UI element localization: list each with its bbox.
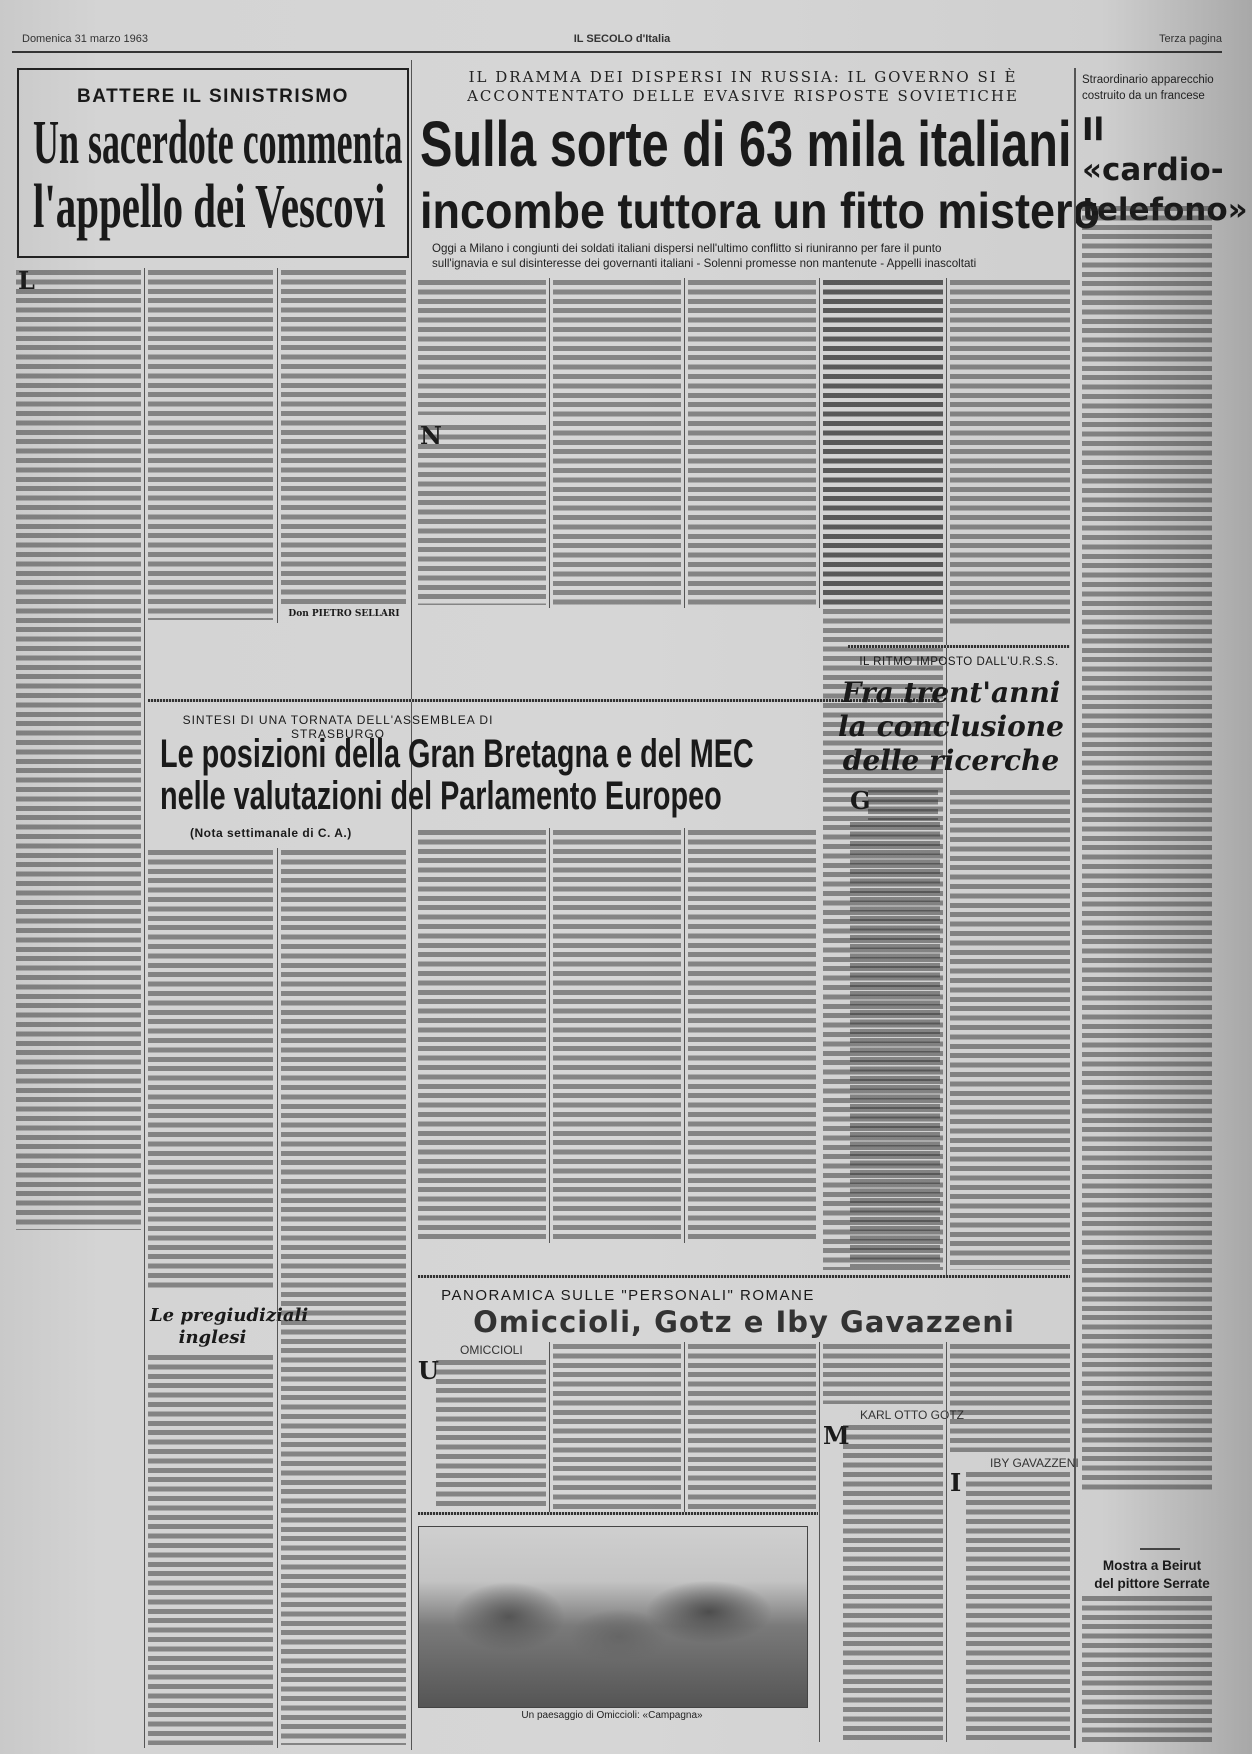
strasburgo-headline-1: Le posizioni della Gran Bretagna e del M… [160, 733, 754, 775]
urss-headline: Fra trent'anni la conclusione delle rice… [826, 676, 1076, 778]
strasburgo-column-1b [148, 1355, 273, 1745]
left-article-column-2 [148, 270, 273, 620]
beirut-headline-1: Mostra a Beirut [1082, 1557, 1222, 1575]
main-article-column-5 [950, 280, 1070, 625]
column-separator [819, 278, 820, 608]
left-article-headline-2: l'appello dei Vescovi [33, 174, 385, 240]
main-article-summary-1: Oggi a Milano i congiunti dei soldati it… [432, 241, 1072, 256]
column-separator [411, 60, 412, 1750]
column-separator [684, 828, 685, 1243]
column-separator [684, 1342, 685, 1512]
arte-column-2 [553, 1344, 681, 1512]
strasburgo-column-5 [688, 830, 816, 1240]
column-separator [277, 848, 278, 1748]
left-article-column-3 [281, 270, 406, 605]
right-article-kicker: Straordinario apparecchio costruito da u… [1082, 72, 1222, 104]
masthead-date: Domenica 31 marzo 1963 [22, 33, 148, 45]
arte-column-1 [436, 1360, 546, 1510]
beirut-headline: Mostra a Beirut del pittore Serrate [1082, 1557, 1222, 1593]
main-article-summary-2: sull'ignavia e sul disinteresse dei gove… [432, 256, 1072, 271]
right-article-text [1082, 206, 1212, 1491]
masthead-page: Terza pagina [1159, 33, 1222, 45]
column-separator [1074, 68, 1076, 1748]
main-article-kicker-1: IL DRAMMA DEI DISPERSI IN RUSSIA: IL GOV… [418, 68, 1068, 87]
strasburgo-subhead-2: inglesi [150, 1327, 275, 1349]
main-article-headline-2: incombe tuttora un fitto mistero [420, 184, 1100, 238]
arte-dropcap-3: I [950, 1472, 961, 1494]
masthead: Domenica 31 marzo 1963 IL SECOLO d'Itali… [22, 33, 1222, 47]
arte-section-gavazzeni: IBY GAVAZZENI [990, 1456, 1079, 1470]
column-separator [144, 268, 145, 1748]
arte-column-5a [950, 1344, 1070, 1452]
column-separator [946, 1342, 947, 1742]
right-article-kicker-2: costruito da un francese [1082, 88, 1222, 104]
urss-headline-3: delle ricerche [826, 744, 1076, 778]
column-separator [549, 1342, 550, 1512]
urss-headline-1: Fra trent'anni [826, 676, 1076, 710]
left-article-kicker: BATTERE IL SINISTRISMO [19, 86, 407, 108]
main-article-column-1a [418, 280, 546, 415]
masthead-title: IL SECOLO d'Italia [574, 33, 671, 45]
left-article-column-1 [16, 270, 141, 1230]
main-article-column-3 [688, 280, 816, 605]
strasburgo-subhead-1: Le pregiudiziali [150, 1305, 275, 1327]
strasburgo-column-2 [281, 850, 406, 1745]
main-article-headline-1: Sulla sorte di 63 mila italiani [420, 112, 1071, 176]
strasburgo-column-3 [418, 830, 546, 1240]
strasburgo-byline: (Nota settimanale di C. A.) [190, 826, 352, 840]
beirut-text [1082, 1596, 1212, 1746]
column-separator [277, 268, 278, 623]
arte-section-omiccioli: OMICCIOLI [460, 1343, 523, 1357]
masthead-rule [12, 51, 1222, 53]
main-article-kicker-2: ACCONTENTATO DELLE EVASIVE RISPOSTE SOVI… [418, 87, 1068, 106]
arte-column-4b [843, 1425, 943, 1740]
urss-column-1 [850, 822, 940, 1267]
column-separator [549, 278, 550, 608]
main-article-column-1b [418, 425, 546, 605]
main-article-kicker: IL DRAMMA DEI DISPERSI IN RUSSIA: IL GOV… [418, 68, 1068, 106]
newspaper-page: Domenica 31 marzo 1963 IL SECOLO d'Itali… [0, 0, 1252, 1754]
column-separator [819, 1342, 820, 1742]
section-divider [1140, 1548, 1180, 1550]
strasburgo-subhead: Le pregiudiziali inglesi [150, 1305, 275, 1349]
section-divider [418, 1275, 1070, 1278]
section-divider [148, 699, 940, 702]
urss-column-2 [950, 790, 1070, 1270]
urss-column-1-top [868, 790, 938, 820]
right-article-kicker-1: Straordinario apparecchio [1082, 72, 1222, 88]
arte-column-3 [688, 1344, 816, 1512]
main-article-column-2 [553, 280, 681, 605]
right-article-headline-1: Il «cardio- [1082, 110, 1252, 190]
column-separator [549, 828, 550, 1243]
beirut-headline-2: del pittore Serrate [1082, 1575, 1222, 1593]
section-divider [418, 1512, 818, 1515]
strasburgo-column-4 [553, 830, 681, 1240]
urss-kicker: IL RITMO IMPOSTO DALL'U.R.S.S. [848, 656, 1070, 668]
column-separator [684, 278, 685, 608]
left-article-headline-1: Un sacerdote commenta [33, 110, 402, 176]
column-separator [946, 278, 947, 1278]
arte-section-gotz: KARL OTTO GOTZ [860, 1408, 964, 1422]
photo-caption: Un paesaggio di Omiccioli: «Campagna» [418, 1710, 806, 1721]
arte-headline: Omiccioli, Gotz e Iby Gavazzeni [418, 1302, 1070, 1342]
main-article-summary: Oggi a Milano i congiunti dei soldati it… [432, 241, 1072, 271]
arte-column-4a [823, 1344, 943, 1404]
painting-photo [418, 1526, 808, 1708]
left-article-headline-box: BATTERE IL SINISTRISMO Un sacerdote comm… [17, 68, 409, 258]
left-article-signature: Don PIETRO SELLARI [282, 609, 406, 619]
section-divider [848, 645, 1070, 648]
strasburgo-column-1a [148, 850, 273, 1290]
strasburgo-headline-2: nelle valutazioni del Parlamento Europeo [160, 775, 722, 817]
urss-headline-2: la conclusione [826, 710, 1076, 744]
arte-column-5b [966, 1472, 1070, 1742]
